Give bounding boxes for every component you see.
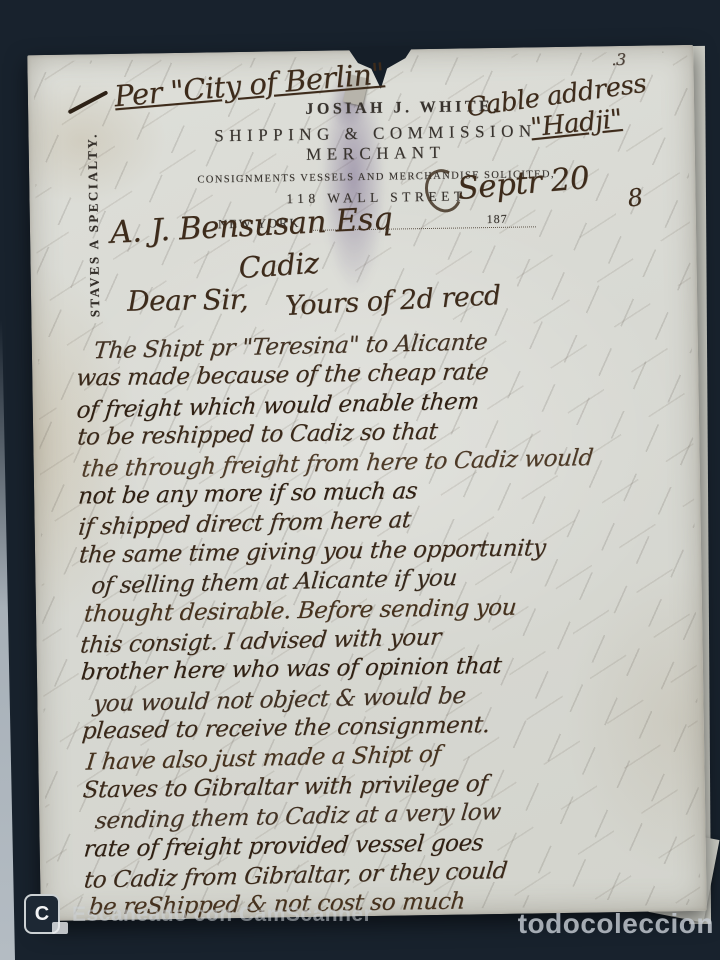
opening-line: Yours of 2d recd xyxy=(284,280,501,322)
todocoleccion-watermark: todocoleccion xyxy=(518,908,714,940)
camscanner-watermark: Escaneado con CamScanner xyxy=(72,903,372,927)
addressee-city: Cadiz xyxy=(238,246,320,285)
camscanner-icon-tab xyxy=(52,922,68,934)
photo-of-letter: { "photo": { "background_color": "#18222… xyxy=(0,0,720,960)
printed-year: 187 xyxy=(487,212,508,226)
table-surface-edge xyxy=(0,320,16,960)
letter-body: The Shipt pr "Teresina" to Alicante was … xyxy=(76,326,699,923)
handwritten-year-digit: 8 xyxy=(626,183,644,213)
handwritten-page-mark: .3 xyxy=(611,50,626,69)
salutation: Dear Sir, xyxy=(127,283,248,318)
letter-sheet: STAVES A SPECIALTY. JOSIAH J. WHITE, SHI… xyxy=(27,45,707,921)
letterhead-side-note: STAVES A SPECIALTY. xyxy=(84,96,110,352)
